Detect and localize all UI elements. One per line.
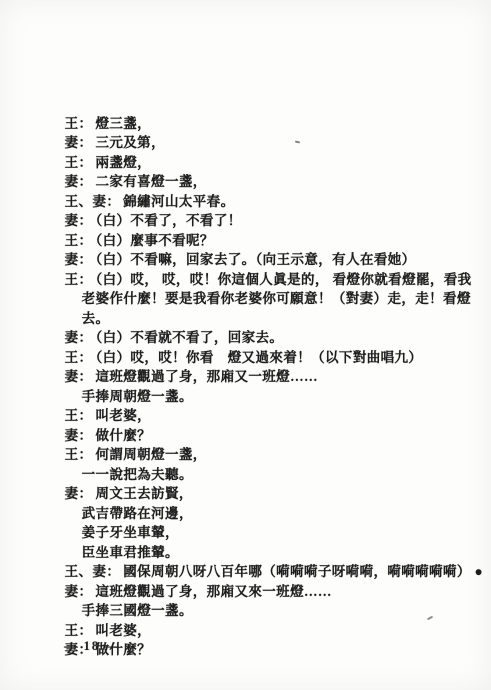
dialogue-text: 手捧周朝燈一盞。 <box>82 389 193 404</box>
dialogue-text: （白）哎，哎！你看 燈又過來着！（以下對曲唱九） <box>95 350 422 365</box>
speaker-label: 王： <box>65 155 93 170</box>
speaker-label: 王、妻： <box>65 194 121 209</box>
dialogue-text: 叫老婆， <box>95 623 151 638</box>
speaker-label: 王： <box>65 623 93 638</box>
dialogue-text: 國保周朝八呀八百年哪（嗬嗬嗬子呀嗬嗬，嗬嗬嗬嗬嗬） ● <box>123 564 483 579</box>
dialogue-text: 這班燈觀過了身，那廂又來一班燈…… <box>95 584 331 599</box>
dialogue-text: （白）不看嘛，回家去了。（向王示意，有人在看她） <box>95 252 415 267</box>
speaker-label: 王： <box>65 233 93 248</box>
speaker-label: 妻： <box>65 252 93 267</box>
dialogue-text: 兩盞燈， <box>95 155 151 170</box>
dialogue-text: 這班燈觀過了身，那廂又一班燈…… <box>95 369 317 384</box>
speaker-label: 王、妻： <box>65 564 121 579</box>
dialogue-text: 叫老婆， <box>95 408 151 423</box>
speaker-label: 王： <box>65 408 93 423</box>
speaker-label: 妻： <box>65 486 93 501</box>
speaker-label: 妻： <box>65 135 93 150</box>
speaker-label: 妻： <box>65 369 93 384</box>
dialogue-text: （白）麼事不看呢？ <box>95 233 213 248</box>
dialogue-text: 姜子牙坐車輦， <box>82 525 179 540</box>
speaker-label: 王： <box>65 447 93 462</box>
dialogue-text: （白）不看就不看了，回家去。 <box>95 330 283 345</box>
dialogue-text: 臣坐車君推輦。 <box>82 545 179 560</box>
script-text-block: 王：燈三盞， 妻：三元及第， 王：兩盞燈， 妻：二家有喜燈一盞， 王、妻：錦繡河… <box>42 94 477 640</box>
speaker-label: 王： <box>65 272 93 287</box>
speaker-label: 妻： <box>65 330 93 345</box>
speaker-label: 妻： <box>65 428 93 443</box>
speaker-label: 王： <box>65 350 93 365</box>
dialogue-text: 周文王去訪賢， <box>95 486 192 501</box>
dialogue-text: 武吉帶路在河邊， <box>82 506 193 521</box>
dialogue-text: （白）不看了，不看了！ <box>95 213 241 228</box>
speaker-label: 妻： <box>65 174 93 189</box>
scanned-script-page: 王：燈三盞， 妻：三元及第， 王：兩盞燈， 妻：二家有喜燈一盞， 王、妻：錦繡河… <box>0 0 491 690</box>
dialogue-text: 手捧三國燈一盞。 <box>82 603 193 618</box>
page-number: — 18 — <box>64 639 120 654</box>
dialogue-text: 老婆作什麼！要是我看你老婆你可願意！（對妻）走，走！看燈 <box>82 291 471 306</box>
dialogue-text: 何謂周朝燈一盞， <box>95 447 206 462</box>
dialogue-text: 燈三盞， <box>95 116 151 131</box>
speaker-label: 王： <box>65 116 93 131</box>
speaker-label: 妻： <box>65 213 93 228</box>
dialogue-text: 三元及第， <box>95 135 165 150</box>
dialogue-text: 錦繡河山太平春。 <box>123 194 234 209</box>
dialogue-text: 一一說把為夫聽。 <box>82 467 193 482</box>
dialogue-text: （白）哎， 哎，哎！你這個人眞是的， 看燈你就看燈罷，看我 <box>95 272 471 287</box>
script-line: 王：燈三盞， <box>42 94 477 114</box>
dialogue-text: 做什麼？ <box>95 428 151 443</box>
dialogue-text: 二家有喜燈一盞， <box>95 174 206 189</box>
dialogue-text: 去。 <box>82 311 110 326</box>
speaker-label: 妻： <box>65 584 93 599</box>
